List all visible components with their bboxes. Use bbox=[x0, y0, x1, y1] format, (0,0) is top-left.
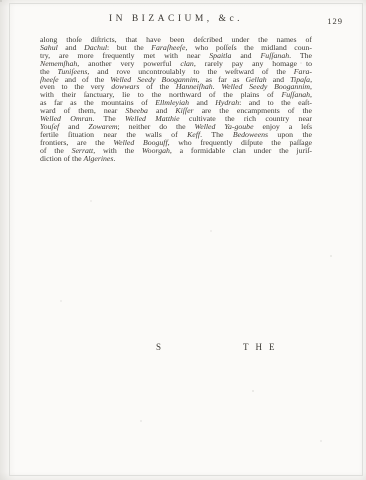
plain-text: diction of the bbox=[40, 154, 84, 163]
text-line: diction of the Algerines. bbox=[40, 155, 312, 163]
signature-row: S THE bbox=[0, 342, 366, 354]
signature-mark: S bbox=[156, 342, 161, 352]
plain-text: , a formidable clan under the juriſ- bbox=[170, 146, 312, 155]
running-header: IN BIZACIUM, &c. bbox=[40, 14, 312, 24]
scan-noise bbox=[0, 0, 2, 2]
italic-text: Woorgah bbox=[142, 146, 170, 155]
catchword: THE bbox=[243, 342, 282, 352]
body-text: along thoſe diſtricts, that have been de… bbox=[40, 36, 312, 163]
italic-text: Algerines bbox=[84, 154, 114, 163]
page-number: 129 bbox=[327, 16, 343, 26]
plain-text: . bbox=[113, 154, 115, 163]
scanned-book-page: IN BIZACIUM, &c. 129 along thoſe diſtric… bbox=[0, 0, 366, 480]
